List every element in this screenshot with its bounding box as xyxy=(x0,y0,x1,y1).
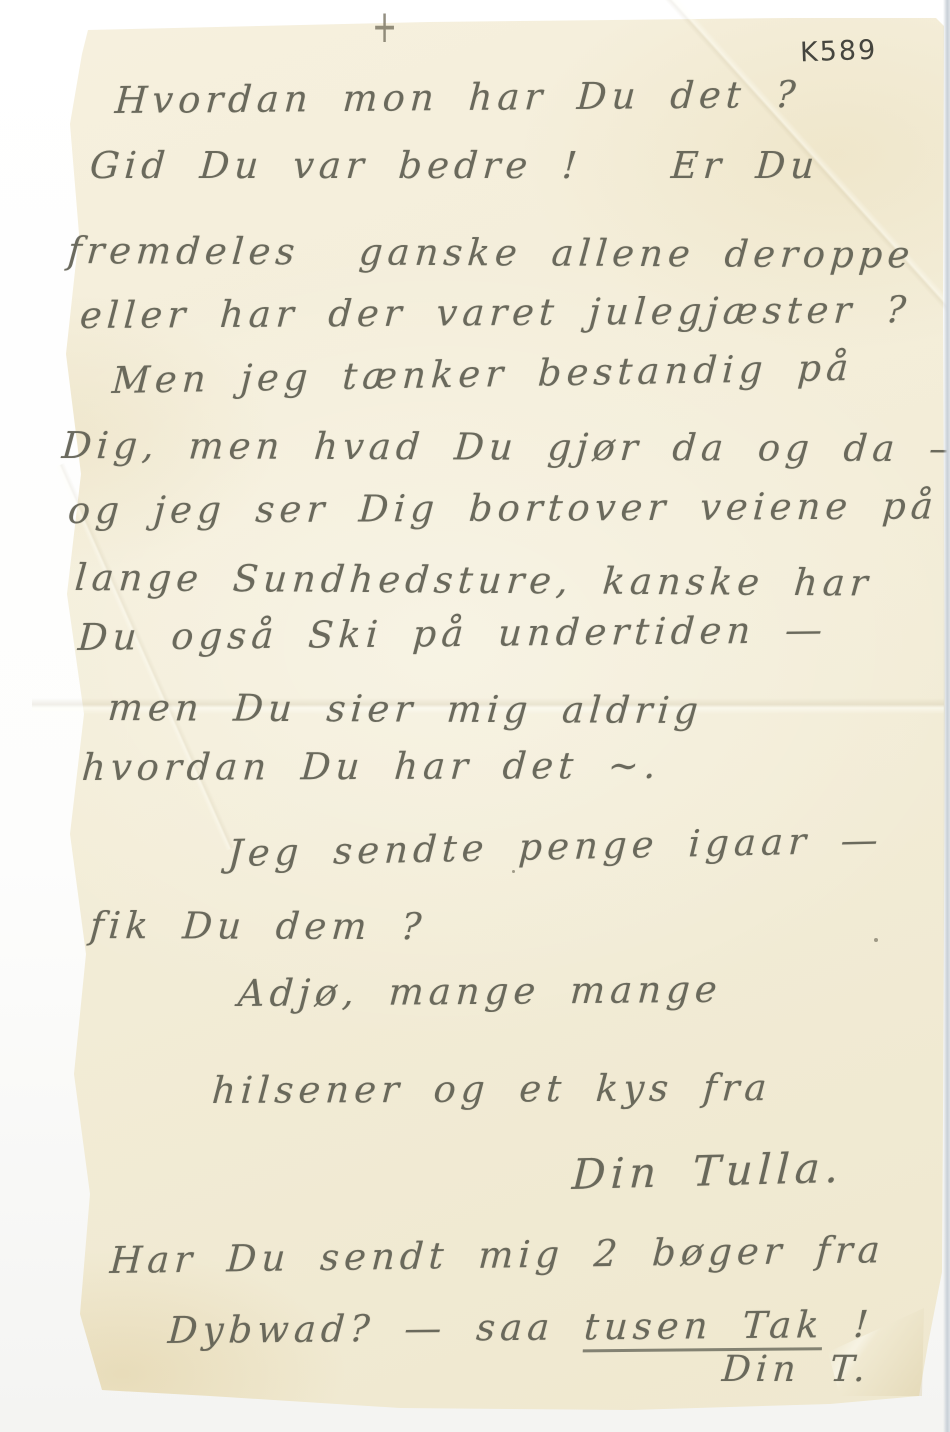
underlined-phrase: tusen Tak xyxy=(583,1303,825,1352)
signature-line: Din Tulla. xyxy=(571,1143,844,1199)
letter-line-01: Hvordan mon har Du det ? xyxy=(114,73,802,122)
letter-line-13: fik Du dem ? xyxy=(88,904,427,948)
catalog-mark: K589 xyxy=(799,35,877,69)
letter-line-07: og jeg ser Dig bortover veiene på xyxy=(67,484,940,532)
line-18-post: ! xyxy=(822,1303,874,1346)
paper-speck xyxy=(512,870,515,873)
letter-line-11: hvordan Du har det ~. xyxy=(81,744,663,789)
scanner-edge-strip xyxy=(943,0,950,1432)
paper-speck xyxy=(874,938,878,942)
letter-line-08: lange Sundhedsture, kanske har xyxy=(73,556,874,605)
scanned-letter-page: + K589 Hvordan mon har Du det ? Gid Du v… xyxy=(0,0,950,1432)
letter-line-10: men Du sier mig aldrig xyxy=(106,686,704,732)
letter-line-14: Adjø, mange mange xyxy=(237,968,723,1015)
letter-line-18: Dybwad? — saa tusen Tak ! xyxy=(167,1303,875,1352)
registration-cross-mark: + xyxy=(372,1,397,54)
letter-line-06: Dig, men hvad Du gjør da og da — xyxy=(60,424,950,470)
line-18-pre: Dybwad? — saa xyxy=(167,1305,586,1352)
letter-line-09: Du også Ski på undertiden — xyxy=(77,608,829,659)
letter-line-03: fremdeles ganske allene deroppe ? xyxy=(66,229,950,277)
postscript-signature: Din T. xyxy=(721,1349,872,1390)
letter-line-04: eller har der varet julegjæster ? xyxy=(79,288,913,337)
letter-line-15: hilsener og et kys fra xyxy=(211,1066,773,1112)
letter-line-02: Gid Du var bedre ! Er Du xyxy=(88,144,820,187)
